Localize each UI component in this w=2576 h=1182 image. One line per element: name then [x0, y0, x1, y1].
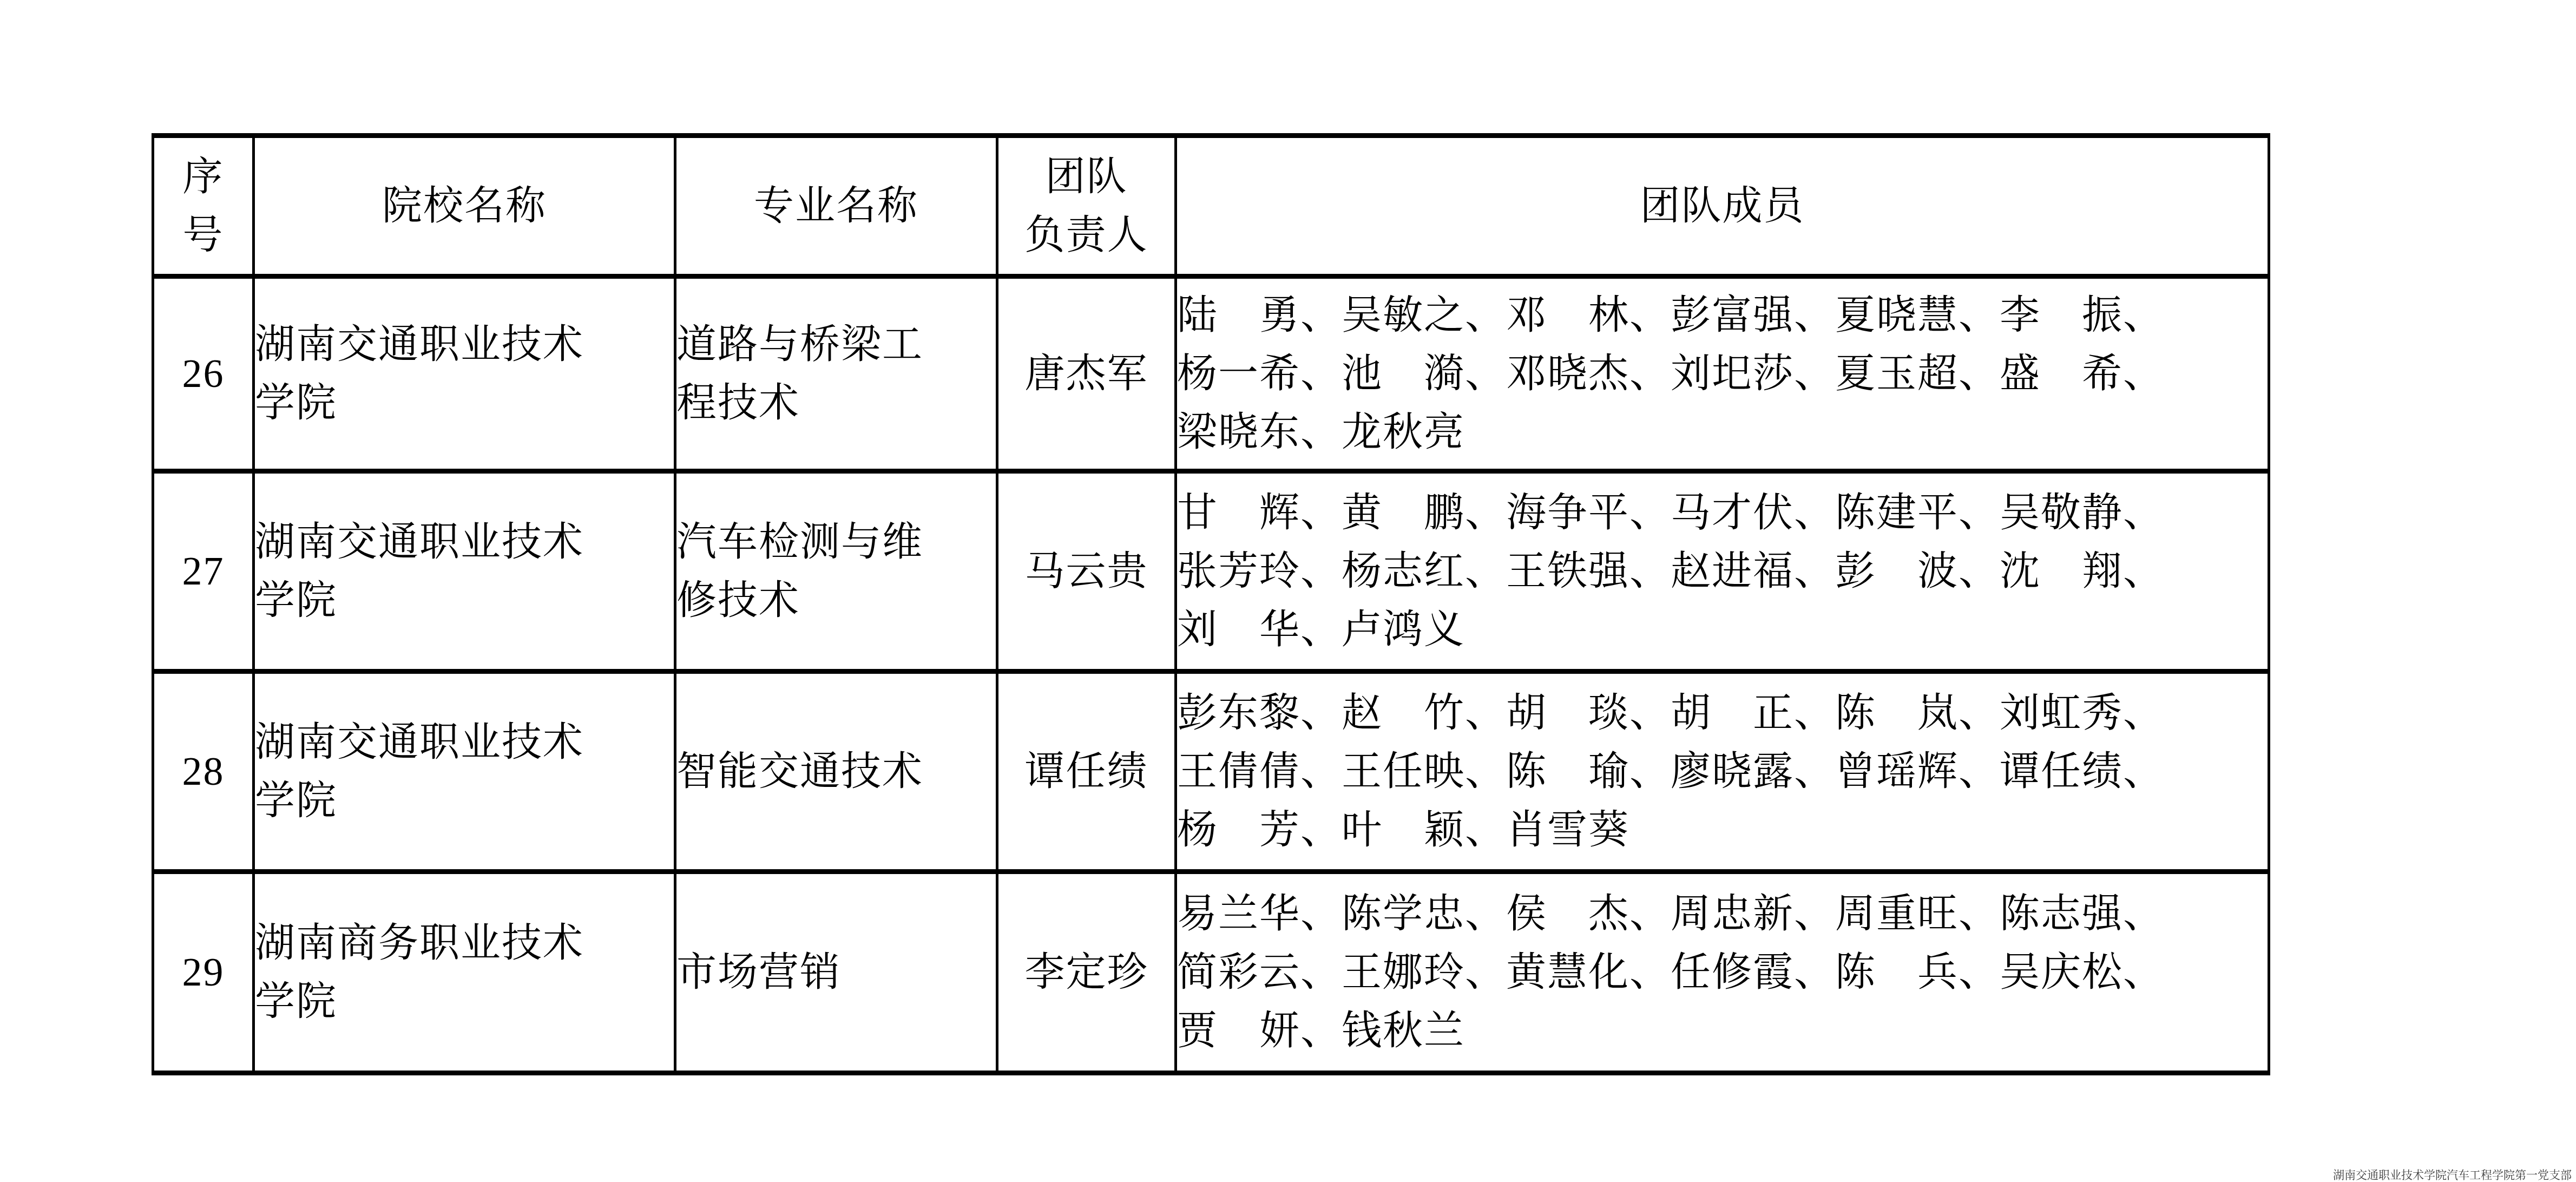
header-index: 序 号	[153, 136, 254, 277]
table-row: 28 湖南交通职业技术 学院 智能交通技术 谭任绩 彭东黎、赵 竹、胡 琰、胡 …	[153, 672, 2269, 872]
header-school: 院校名称	[254, 136, 675, 277]
row-major: 汽车检测与维 修技术	[675, 471, 997, 672]
footer-watermark: 湖南交通职业技术学院汽车工程学院第一党支部	[2333, 1168, 2572, 1182]
table-row: 29 湖南商务职业技术 学院 市场营销 李定珍 易兰华、陈学忠、侯 杰、周忠新、…	[153, 872, 2269, 1073]
roster-table: 序 号 院校名称 专业名称 团队 负责人 团队成员 26 湖南交通职业技术 学院…	[152, 133, 2270, 1075]
row-school: 湖南交通职业技术 学院	[254, 471, 675, 672]
row-leader: 马云贵	[997, 471, 1176, 672]
row-leader: 谭任绩	[997, 672, 1176, 872]
row-school: 湖南商务职业技术 学院	[254, 872, 675, 1073]
header-leader: 团队 负责人	[997, 136, 1176, 277]
row-index: 28	[153, 672, 254, 872]
row-major: 道路与桥梁工 程技术	[675, 277, 997, 471]
document-page: 序 号 院校名称 专业名称 团队 负责人 团队成员 26 湖南交通职业技术 学院…	[0, 0, 2576, 1182]
row-index: 29	[153, 872, 254, 1073]
row-leader: 李定珍	[997, 872, 1176, 1073]
row-major: 智能交通技术	[675, 672, 997, 872]
row-school: 湖南交通职业技术 学院	[254, 277, 675, 471]
row-members: 陆 勇、吴敏之、邓 林、彭富强、夏晓慧、李 振、 杨一希、池 漪、邓晓杰、刘圯莎…	[1176, 277, 2269, 471]
row-members: 彭东黎、赵 竹、胡 琰、胡 正、陈 岚、刘虹秀、 王倩倩、王任映、陈 瑜、廖晓露…	[1176, 672, 2269, 872]
table-header-row: 序 号 院校名称 专业名称 团队 负责人 团队成员	[153, 136, 2269, 277]
row-leader: 唐杰军	[997, 277, 1176, 471]
row-index: 27	[153, 471, 254, 672]
table-row: 26 湖南交通职业技术 学院 道路与桥梁工 程技术 唐杰军 陆 勇、吴敏之、邓 …	[153, 277, 2269, 471]
header-members: 团队成员	[1176, 136, 2269, 277]
row-index: 26	[153, 277, 254, 471]
row-members: 甘 辉、黄 鹏、海争平、马才伏、陈建平、吴敬静、 张芳玲、杨志红、王铁强、赵进福…	[1176, 471, 2269, 672]
row-members: 易兰华、陈学忠、侯 杰、周忠新、周重旺、陈志强、 简彩云、王娜玲、黄慧化、任修霞…	[1176, 872, 2269, 1073]
table-row: 27 湖南交通职业技术 学院 汽车检测与维 修技术 马云贵 甘 辉、黄 鹏、海争…	[153, 471, 2269, 672]
header-major: 专业名称	[675, 136, 997, 277]
row-major: 市场营销	[675, 872, 997, 1073]
row-school: 湖南交通职业技术 学院	[254, 672, 675, 872]
